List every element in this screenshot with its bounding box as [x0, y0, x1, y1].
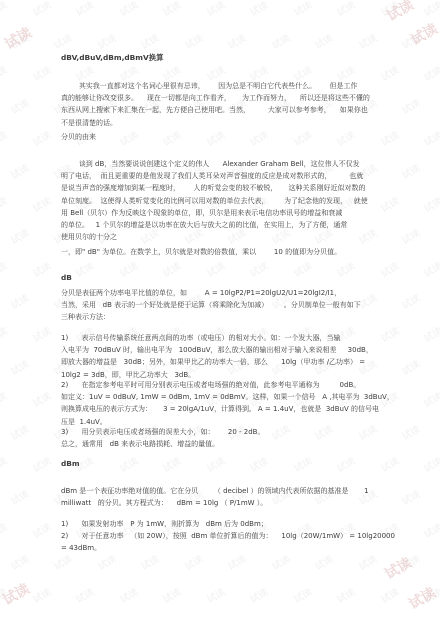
dbm-item-1: 1) 如果发射功率 P 为 1mW，则折算为 dBm 后为 0dBm； — [61, 518, 395, 530]
origin-paragraph: 谈到 dB，当然要说说创建这个定义的伟人 Alexander Graham Be… — [61, 158, 395, 243]
origin-continuation: 一，即" dB" 为单位。在数学上，贝尔就是对数的倍数值，乘以 10 的值即为分… — [61, 246, 395, 258]
text-line: 使用贝尔的十分之 — [61, 231, 395, 243]
text-line: 真的能够让你改变很多。 现在一切都是向工作看齐， 为工作而努力， 所以还是将这些… — [61, 92, 395, 104]
db-item-1: 1) 表示信号传输系统任意两点间的功率（或电压）的相对大小。如：一个发大器，当输… — [61, 332, 395, 381]
dbm-paragraph: dBm 是一个表征功率绝对值的值。它在分贝 （ decibel ）的领域内代表所… — [61, 485, 395, 509]
text-line: milliwatt 的分贝。其方程式为： dBm = 10lg （ P/1mW … — [61, 497, 395, 509]
document-page: 试读试读试读试读试读试读试读试读试读试读试读试读试读试读试读试读试读试读试读试读… — [0, 0, 440, 620]
text-line: = 43dBm。 — [61, 542, 395, 554]
db-summary: 总之，通常用 dB 来表示电路损耗、增益的量值。 — [61, 438, 395, 450]
text-line: 是说当声音的强度增加到某一程度时， 人的听觉会变的较不敏锐， 这种关系刚好近似对… — [61, 182, 395, 194]
text-line: 1) 表示信号传输系统任意两点间的功率（或电压）的相对大小。如：一个发大器，当输 — [61, 332, 395, 344]
text-line: 即放大器的增益是 30dB；另外，如果甲比乙的功率大一倍，那么 10lg（甲功率… — [61, 356, 395, 368]
text-line: 不是很清楚的话。 — [61, 117, 395, 129]
text-line: 则换算成电压的表示方式为： 3 = 20lgA/1uV，计算得到, A = 1.… — [61, 403, 395, 415]
text-line: 单位刻度。 这使得人类听觉变化的比例可以用对数的单位去代表， 为了纪念他的发现，… — [61, 195, 395, 207]
text-line: 明了电话， 而且更重要的是他发现了我们人类耳朵对声音强度的反应是成对数形式的， … — [61, 170, 395, 182]
text-line: 当然，采用 dB 表示的一个好处就是便于运算（将乘除化为加减） 。分贝制单位一般… — [61, 299, 395, 311]
text-line: 2) 对于任意功率 （如 20W），按照 dBm 单位折算后的值为： 10lg（… — [61, 530, 395, 542]
db-item-3: 3) 用分贝表示电压或者场强的误差大小，如： 20 - 2dB。 — [61, 426, 395, 438]
text-line: 的单位。 1 个贝尔的增益是以功率在放大后与放大之前的比值，在实用上，为了方便，… — [61, 219, 395, 231]
doc-title: dBV,dBuV,dBm,dBmV换算 — [61, 52, 395, 64]
db-paragraph: 分贝是表征两个功率电平比值的单位，如 A = 10lgP2/P1=20lgU2/… — [61, 287, 395, 324]
db-item-2: 2) 在指定参考电平时可用分别表示电压或者电场强的绝对值，此参考电平通称为 0d… — [61, 379, 395, 428]
db-heading: dB — [61, 272, 395, 284]
text-line: dBm 是一个表征功率绝对值的值。它在分贝 （ decibel ）的领域内代表所… — [61, 485, 395, 497]
text-line: 入电平为 70dBuV 时，输出电平为 100dBuV，那么放大器的输出相对于输… — [61, 344, 395, 356]
text-line: 东西从网上搜索下来汇集在一起，先方便自己使用吧。当然， 大家可以参考参考， 如果… — [61, 104, 395, 116]
text-line: 分贝是表征两个功率电平比值的单位，如 A = 10lgP2/P1=20lgU2/… — [61, 287, 395, 299]
intro-paragraph: 其实我一直都对这个名词心里很有忌讳， 因为总是不明白它代表些什么。 但是工作真的… — [61, 80, 395, 129]
text-line: 谈到 dB，当然要说说创建这个定义的伟人 Alexander Graham Be… — [61, 158, 395, 170]
dbm-item-2: 2) 对于任意功率 （如 20W），按照 dBm 单位折算后的值为： 10lg（… — [61, 530, 395, 554]
text-line: 2) 在指定参考电平时可用分别表示电压或者电场强的绝对值，此参考电平通称为 0d… — [61, 379, 395, 391]
text-line: 其实我一直都对这个名词心里很有忌讳， 因为总是不明白它代表些什么。 但是工作 — [61, 80, 395, 92]
origin-heading: 分贝的由来 — [61, 131, 395, 143]
dbm-heading: dBm — [61, 458, 395, 470]
text-line: 如定义：1uV = 0dBuV, 1mW = 0dBm, 1mV = 0dBmV… — [61, 391, 395, 403]
text-line: 三种表示方法： — [61, 311, 395, 323]
text-line: 用 Bell（贝尔）作为反映这个现象的单位，即，贝尔是用来表示电信功率讯号的增益… — [61, 207, 395, 219]
document-content: dBV,dBuV,dBm,dBmV换算 其实我一直都对这个名词心里很有忌讳， 因… — [0, 0, 440, 620]
